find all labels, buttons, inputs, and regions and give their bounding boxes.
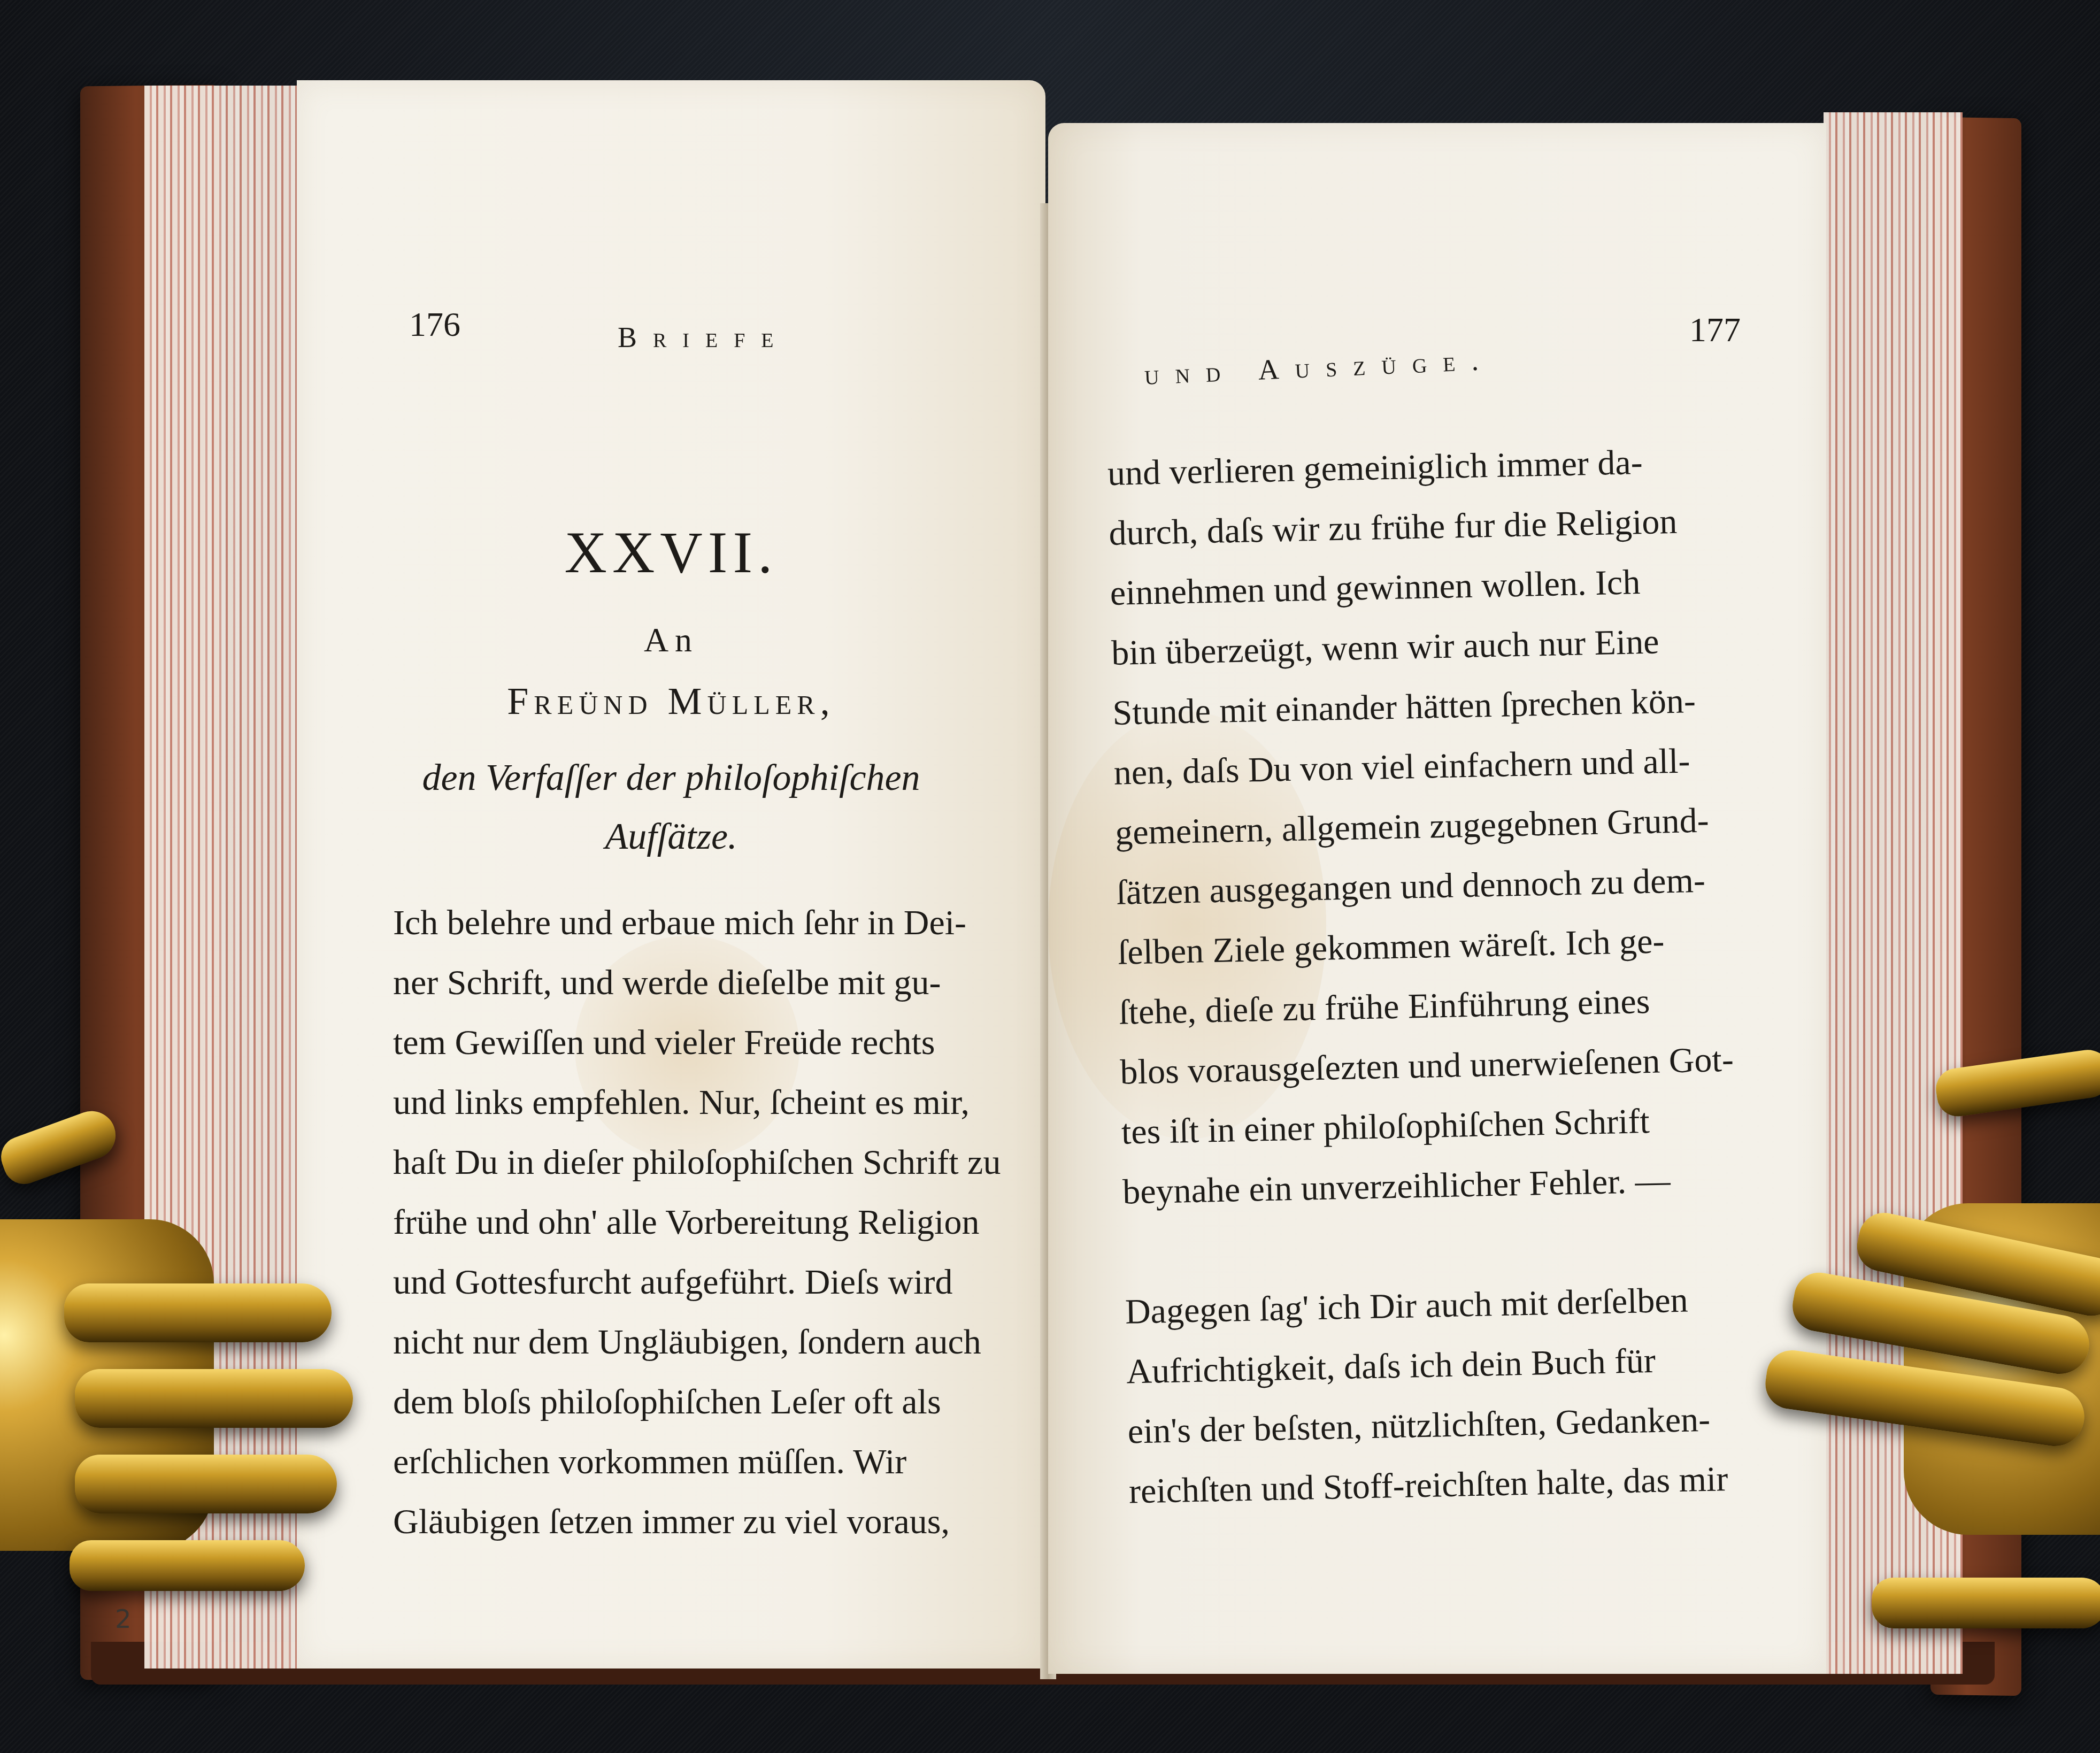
page-number: 176 <box>409 305 460 344</box>
left-page: 176 Briefe XXVII. An Freünd Müller, den … <box>297 80 1045 1669</box>
letter-body: Ich belehre und erbaue mich ſehr in Dei-… <box>393 893 1001 1552</box>
brass-finger <box>1872 1578 2100 1628</box>
chapter-numeral: XXVII. <box>297 519 1045 587</box>
text-line: tem Gewiſſen und vieler Freüde rechts <box>393 1013 1001 1073</box>
description-line: den Verfaſſer der philoſophiſchen <box>297 749 1045 808</box>
page-number: 177 <box>1689 310 1741 350</box>
recipient-heading: Freünd Müller, <box>297 679 1045 724</box>
text-line: frühe und ohn' alle Vorbereitung Religio… <box>393 1193 1001 1252</box>
text-line: reichſten und Stoff-reichſten halte, das… <box>1128 1449 1743 1522</box>
salutation: An <box>297 620 1045 660</box>
text-line: und Gottesfurcht aufgeführt. Dieſs wird <box>393 1252 1001 1312</box>
running-head: und Auszüge. <box>1144 343 1495 391</box>
pencil-mark: 2 <box>115 1604 132 1634</box>
recipient-description: den Verfaſſer der philoſophiſchen Aufſät… <box>297 749 1045 866</box>
text-line: dem bloſs philoſophiſchen Leſer oft als <box>393 1372 1001 1432</box>
text-line: und links empfehlen. Nur, ſcheint es mir… <box>393 1073 1001 1133</box>
text-line: Gläubigen ſetzen immer zu viel voraus, <box>393 1492 1001 1552</box>
brass-finger <box>70 1540 305 1591</box>
brass-finger <box>75 1369 353 1428</box>
text-line: Ich belehre und erbaue mich ſehr in Dei- <box>393 893 1001 953</box>
text-line: nicht nur dem Ungläubigen, ſondern auch <box>393 1312 1001 1372</box>
photo-scene: 176 Briefe XXVII. An Freünd Müller, den … <box>0 0 2100 1753</box>
running-head: Briefe <box>618 321 790 354</box>
text-line: erſchlichen vorkommen müſſen. Wir <box>393 1432 1001 1492</box>
description-line: Aufſätze. <box>297 808 1045 866</box>
brass-finger <box>75 1455 337 1513</box>
text-line: ner Schrift, und werde dieſelbe mit gu- <box>393 953 1001 1013</box>
text-line: haſt Du in dieſer philoſophiſchen Schrif… <box>393 1133 1001 1193</box>
right-page: 177 und Auszüge. und verlieren gemeinigl… <box>1048 123 1826 1674</box>
brass-finger <box>64 1283 332 1342</box>
letter-body: und verlieren gemeiniglich immer da- dur… <box>1107 431 1743 1522</box>
